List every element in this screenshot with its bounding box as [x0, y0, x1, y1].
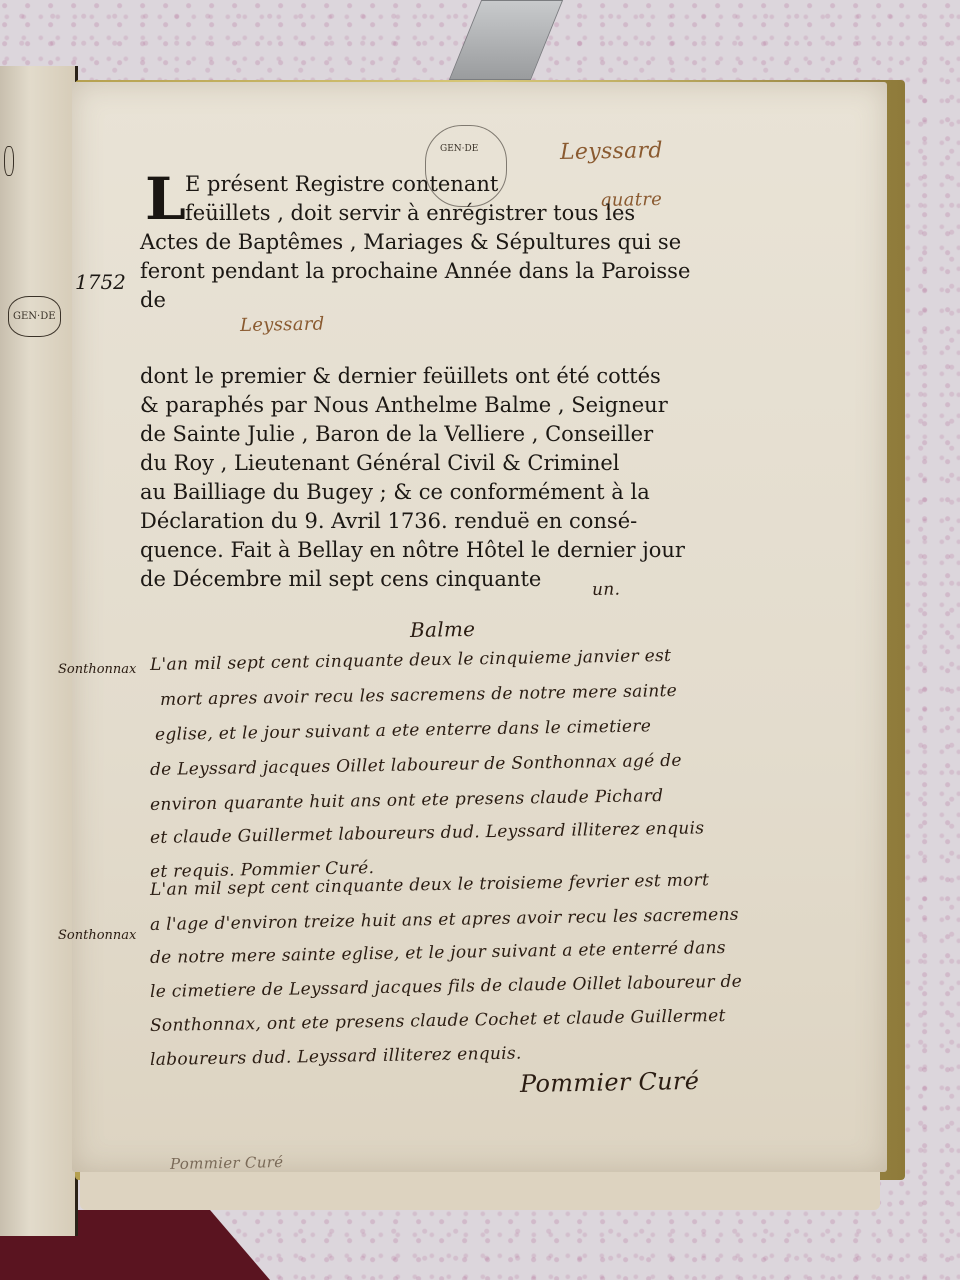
stamp-icon: GEN·DE — [8, 296, 61, 337]
facing-page: GEN·DE — [0, 66, 78, 1236]
year-margin: 1752 — [75, 270, 126, 294]
parish-name-top: Leyssard — [560, 138, 663, 165]
printed-body: dont le premier & dernier feüillets ont … — [140, 362, 685, 594]
printed-header: E présent Registre contenant feüillets ,… — [185, 170, 635, 228]
year-suffix: un. — [592, 580, 621, 600]
signature: Pommier Curé — [520, 1067, 700, 1098]
stamp-icon — [4, 146, 14, 176]
dropcap: L — [145, 170, 186, 228]
entry-margin: Sonthonnax — [58, 662, 136, 677]
parish-name: Leyssard — [240, 314, 325, 336]
entry-margin: Sonthonnax — [58, 928, 136, 943]
showthrough-text: Pommier Curé — [170, 1153, 284, 1173]
printed-header-2: Actes de Baptêmes , Mariages & Sépulture… — [140, 228, 690, 315]
signature-top: Balme — [410, 617, 476, 642]
